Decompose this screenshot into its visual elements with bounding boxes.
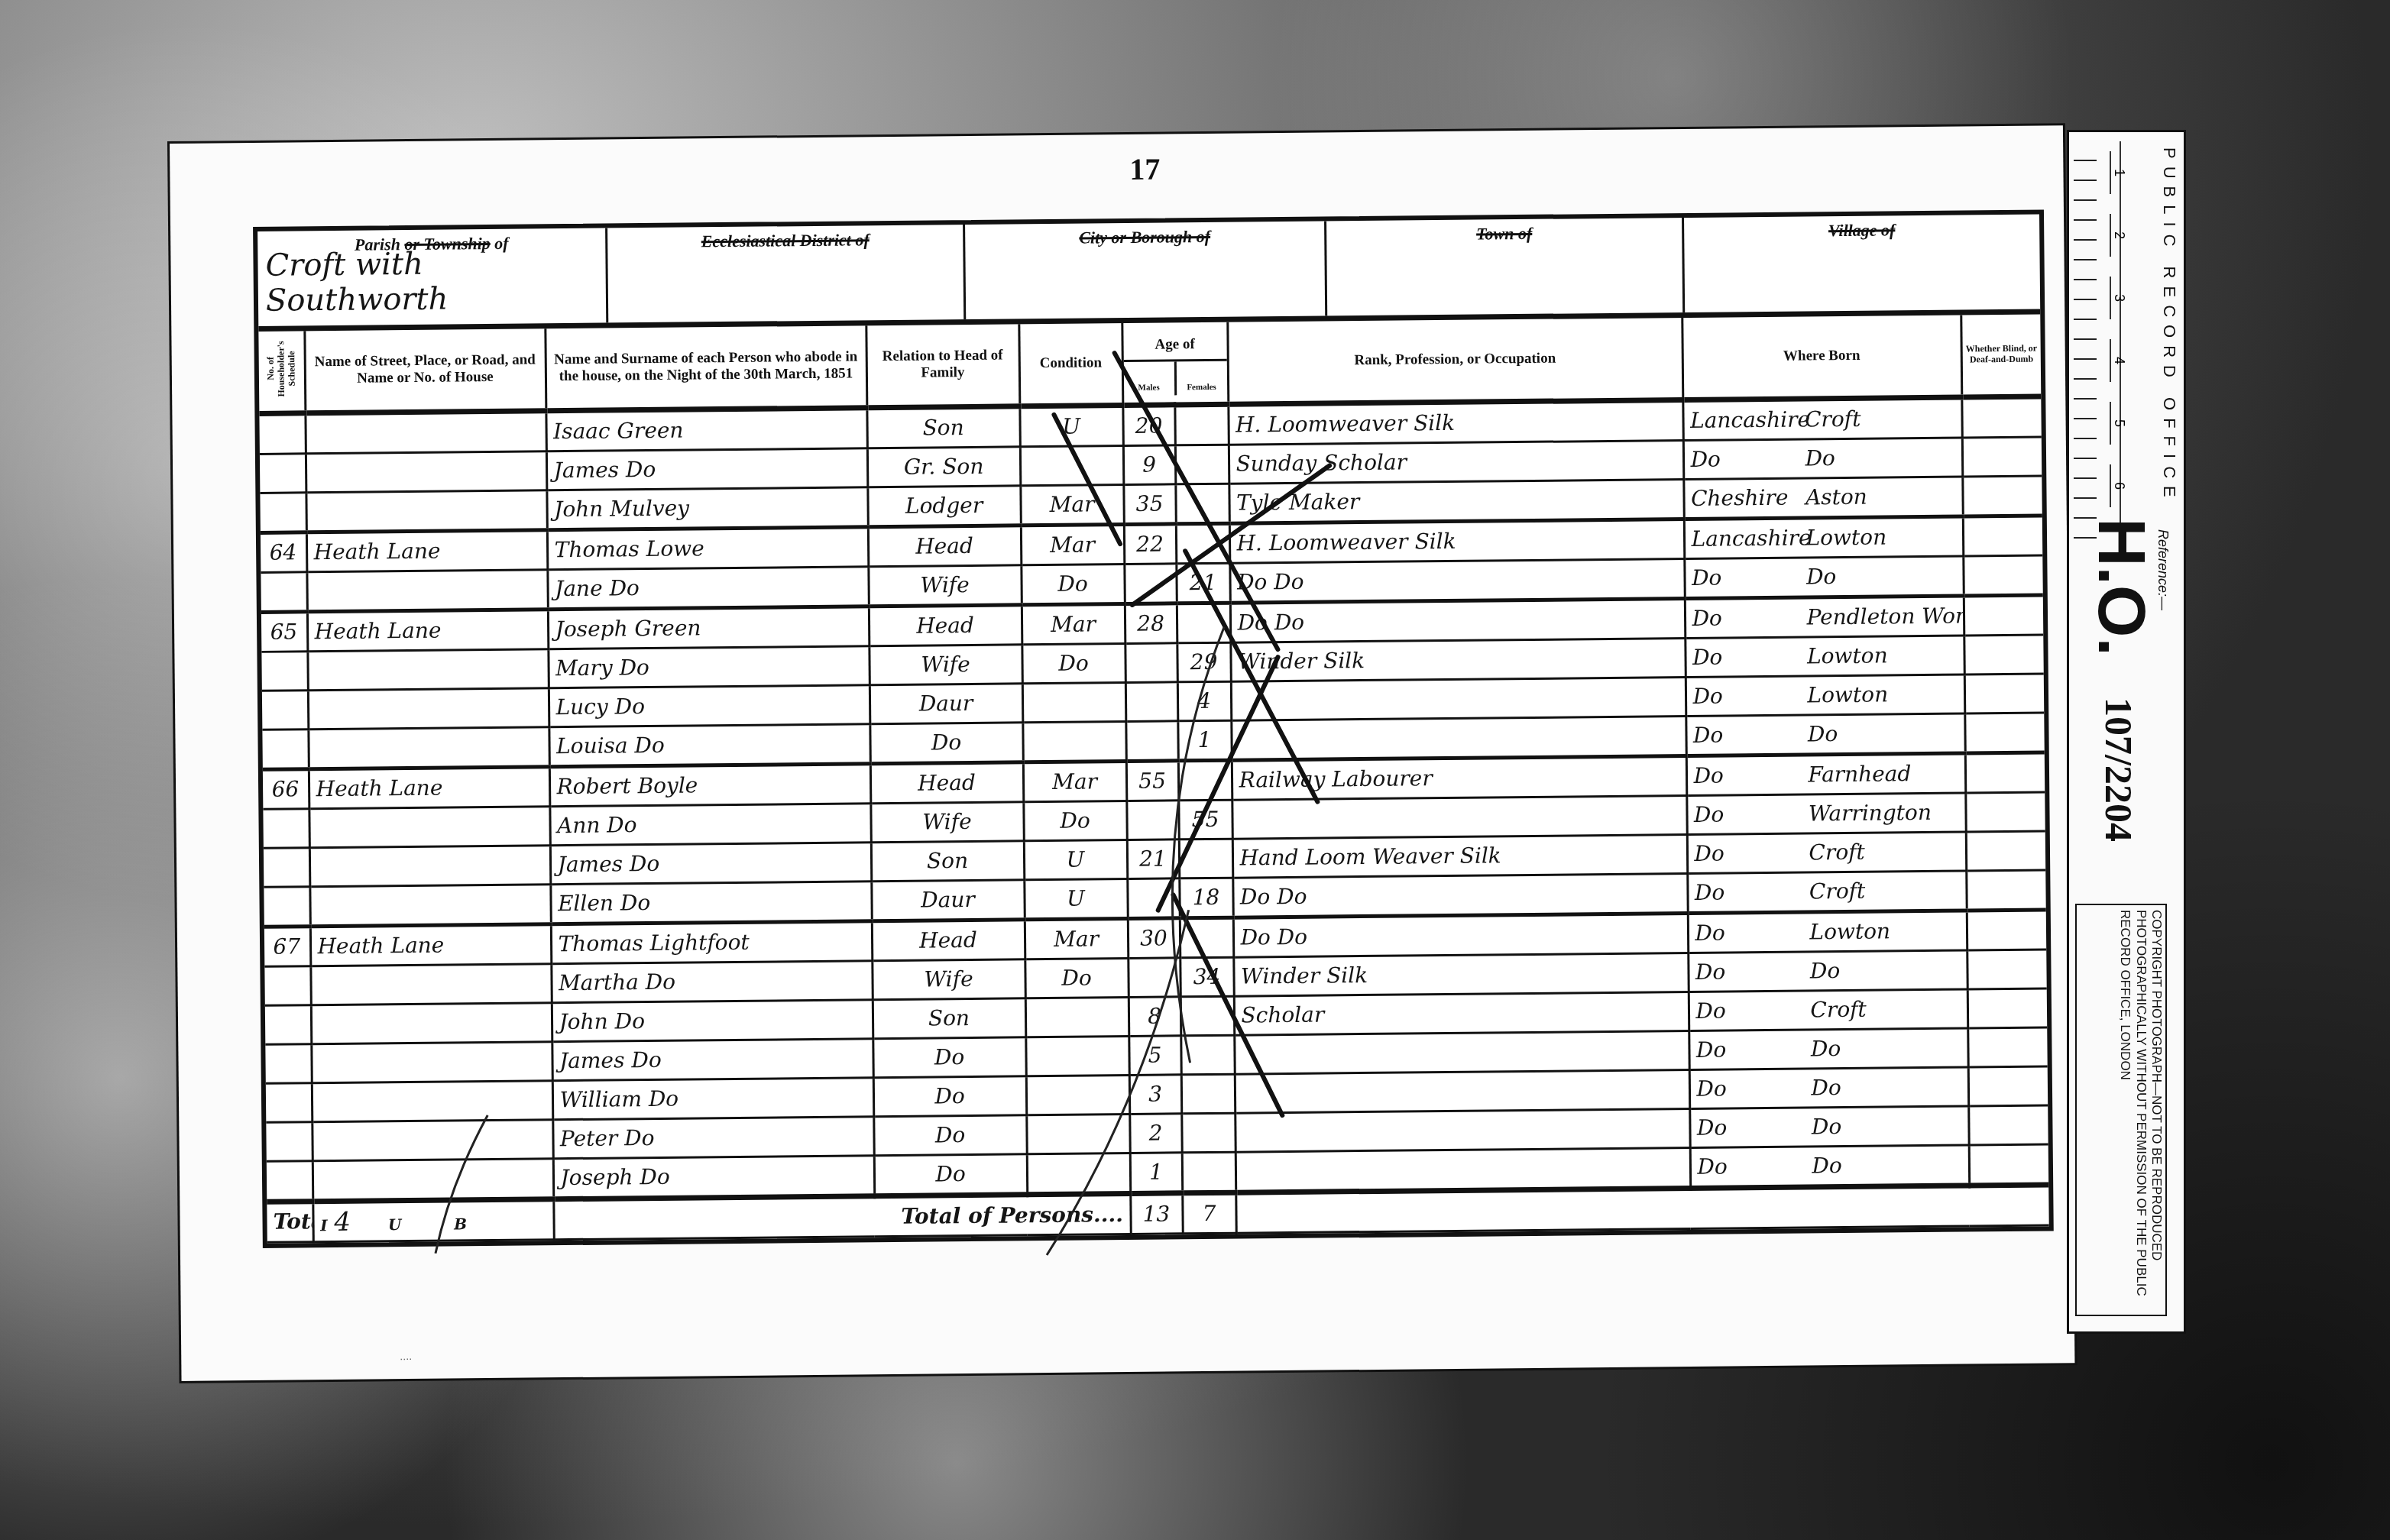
row-occupation [1235,1147,1690,1192]
ecclesiastical-label: Ecclesiastical District of [607,229,963,252]
row-occupation: Do Do [1232,873,1687,917]
row-name: Martha Do [551,961,872,1003]
row-where-born: DoDo [1686,713,1964,756]
row-schedule [263,809,309,849]
village-cell: Village of [1684,215,2040,312]
row-street [307,649,548,691]
row-where-born: DoCroft [1687,871,1966,914]
row-name: Ellen Do [550,882,871,924]
row-blind [1961,396,2042,438]
row-occupation: Do Do [1230,598,1685,642]
row-street: Heath Lane [309,767,549,809]
row-blind [1964,674,2044,713]
row-blind [1967,950,2046,989]
row-male-age: 30 [1128,918,1180,959]
row-male-age: 8 [1129,997,1180,1037]
row-schedule [262,691,308,730]
row-relation: Son [873,998,1025,1039]
row-where-born: CheshireAston [1683,477,1962,519]
parish-cell: Parish or Township of Croft with Southwo… [257,228,608,326]
row-name: James Do [550,843,871,885]
row-condition: U [1024,878,1127,919]
row-name: Jane Do [547,567,868,610]
row-street [312,1120,552,1161]
row-female-age: 21 [1176,563,1229,603]
row-relation: Gr. Son [867,447,1020,487]
copyright-notice: COPYRIGHT PHOTOGRAPH—NOT TO BE REPRODUCE… [2075,904,2167,1316]
row-condition: Mar [1022,603,1125,644]
row-relation: Do [874,1154,1027,1196]
row-condition: U [1024,840,1127,879]
totals-blank [1235,1185,2048,1233]
col-relation: Relation to Head of Family [866,324,1019,407]
row-male-age: 21 [1127,840,1179,879]
town-label: Town of [1326,222,1682,245]
row-name: Ann Do [549,804,870,846]
row-blind [1968,1105,2048,1145]
row-relation: Son [871,841,1024,882]
row-relation: Wife [868,565,1021,607]
row-where-born: LancashireLowton [1684,516,1963,559]
row-male-age [1124,564,1176,604]
row-blind [1966,870,2045,911]
row-name: Joseph Do [553,1156,874,1199]
page-number: 17 [1129,151,1160,187]
town-cell: Town of [1326,218,1685,315]
row-where-born: DoDo [1689,1106,1968,1148]
row-schedule [264,966,310,1006]
row-blind [1966,831,2045,871]
row-condition: Do [1025,958,1128,998]
row-relation: Head [872,920,1025,961]
row-name: Lucy Do [549,685,870,727]
row-female-age: 1 [1177,720,1231,761]
col-occupation: Rank, Profession, or Occupation [1227,318,1682,404]
row-condition: Do [1021,564,1124,604]
row-occupation: Do Do [1233,913,1688,957]
row-male-age: 3 [1129,1075,1181,1115]
row-female-age [1181,1074,1235,1114]
row-blind [1969,1144,2049,1186]
row-relation: Head [870,762,1023,804]
row-name: Joseph Green [548,607,869,649]
row-occupation: H. Loomweaver Silk [1228,400,1682,445]
row-street [308,727,549,769]
row-where-born: DoPendleton Worth [1685,596,1964,639]
row-schedule [262,730,308,770]
row-name: James Do [546,448,867,490]
row-where-born: DoCroft [1687,832,1966,874]
col-schedule: No. of Householder's Schedule [258,331,305,413]
city-cell: City or Borough of [965,221,1327,319]
row-street: Heath Lane [306,530,547,572]
row-schedule: 64 [261,532,306,573]
row-schedule: 66 [263,769,309,810]
row-where-born: DoDo [1683,438,1962,480]
row-name: Robert Boyle [549,764,870,807]
col-females: Females [1176,361,1226,396]
row-street [311,1042,552,1083]
row-male-age [1128,958,1180,998]
row-name: John Mulvey [546,487,867,530]
row-female-age [1180,917,1233,958]
record-office-label: PUBLIC RECORD OFFICE [2159,147,2179,505]
row-blind [1967,1027,2047,1067]
series-code: H.O. [2083,518,2161,656]
row-male-age: 22 [1124,524,1176,565]
row-name: Mary Do [548,646,869,688]
film-frame-stamp: ‥‥ [400,1351,412,1363]
row-female-age [1175,484,1229,524]
row-relation: Daur [871,880,1024,921]
row-name: Louisa Do [549,724,870,767]
row-street [312,1081,552,1122]
row-blind [1965,752,2045,793]
row-name: Peter Do [552,1117,873,1159]
row-condition [1020,445,1123,485]
row-relation: Do [873,1076,1026,1117]
row-occupation: Sunday Scholar [1229,440,1683,484]
col-age: Age of MalesFemales [1122,322,1228,406]
row-blind [1968,1066,2048,1106]
census-form: Parish or Township of Croft with Southwo… [253,209,2054,1247]
row-condition [1022,682,1125,722]
row-blind [1964,595,2043,636]
row-male-age [1127,878,1179,919]
row-condition: Do [1022,643,1125,683]
row-relation: Head [869,605,1022,646]
col-blind: Whether Blind, or Deaf-and-Dumb [1961,315,2041,397]
archive-reference-strip: 1 2 3 4 5 6 PUBLIC RECORD OFFICE H.O. Re… [2067,130,2186,1334]
row-occupation [1235,1069,1689,1113]
row-female-age: 29 [1177,642,1230,682]
col-males: Males [1123,362,1176,396]
row-occupation: Hand Loom Weaver Silk [1232,834,1687,878]
row-male-age: 35 [1123,484,1175,525]
row-relation: Do [873,1037,1025,1078]
row-where-born: DoDo [1690,1145,1969,1189]
ecclesiastical-cell: Ecclesiastical District of [607,225,966,322]
row-blind [1963,516,2042,556]
row-schedule [260,454,306,493]
row-relation: Wife [872,959,1025,1000]
row-female-age [1178,760,1232,801]
row-street [309,807,549,848]
row-male-age: 2 [1129,1114,1181,1153]
row-female-age: 55 [1178,800,1232,840]
row-male-age: 9 [1123,445,1175,485]
city-label: City or Borough of [965,225,1324,249]
row-condition: Mar [1025,918,1128,959]
row-male-age [1125,682,1177,722]
total-houses-values: I 4 U B [313,1199,553,1242]
row-condition: Mar [1021,524,1124,565]
census-table: No. of Householder's Schedule Name of St… [258,315,2048,1244]
row-schedule [265,1005,311,1045]
row-occupation [1231,677,1686,720]
total-houses-label: Total of Houses [267,1202,313,1243]
row-schedule [264,887,309,927]
row-blind [1967,988,2047,1028]
col-condition: Condition [1019,323,1122,406]
row-street [313,1159,553,1202]
row-condition: Mar [1020,484,1123,525]
row-blind [1962,437,2042,477]
row-occupation [1234,1030,1689,1074]
row-female-age [1180,1035,1234,1075]
row-schedule [265,1044,311,1084]
row-blind [1964,713,2044,753]
row-male-age [1125,721,1177,762]
row-street [311,1003,552,1044]
row-female-age: 34 [1180,957,1233,997]
row-female-age [1177,603,1230,643]
total-persons-label: Total of Persons.... [553,1193,1130,1239]
row-schedule [259,413,306,455]
row-relation: Do [870,723,1022,764]
row-street [306,490,546,532]
row-male-age: 28 [1125,603,1177,644]
row-condition: U [1019,405,1123,446]
row-where-born: DoLowton [1688,911,1967,953]
row-condition [1025,1036,1129,1076]
row-female-age [1175,445,1229,484]
row-female-age [1180,996,1234,1036]
row-relation: Head [868,526,1021,567]
row-occupation: Winder Silk [1230,638,1685,681]
ruler-numbers: 1 2 3 4 5 6 [2120,141,2162,554]
row-schedule [261,572,306,613]
row-where-born: DoDo [1684,556,1963,599]
row-female-age [1179,839,1232,878]
row-street [308,688,549,730]
row-where-born: DoWarrington [1686,793,1965,835]
row-occupation: Tyle Maker [1229,479,1683,523]
row-where-born: DoDo [1689,1067,1968,1109]
row-male-age: 5 [1129,1036,1180,1076]
row-occupation: Do Do [1229,558,1684,603]
row-schedule [264,848,309,888]
row-schedule [267,1161,313,1202]
row-occupation: Winder Silk [1233,953,1688,996]
row-condition [1027,1153,1131,1194]
row-street [305,411,546,454]
row-relation: Do [873,1115,1026,1156]
row-female-age: 4 [1177,681,1231,721]
row-male-age [1125,643,1177,683]
parish-value: Croft with Southworth [265,245,606,319]
row-name: James Do [552,1039,873,1081]
row-street [309,885,550,927]
reference-label: Reference:— [2155,529,2171,610]
row-where-born: DoFarnhead [1686,753,1965,796]
row-condition [1026,1114,1129,1153]
row-schedule [260,493,306,533]
row-street [310,964,551,1005]
row-male-age: 55 [1126,761,1178,801]
row-where-born: DoLowton [1685,636,1964,678]
row-condition [1025,997,1129,1037]
row-where-born: DoCroft [1689,989,1967,1031]
row-where-born: LancashireCroft [1682,397,1961,441]
inhabited-count: 4 [334,1207,351,1237]
census-rows: Isaac GreenSonU20H. Loomweaver SilkLanca… [259,396,2048,1202]
col-name: Name and Surname of each Person who abod… [545,325,866,410]
row-schedule [261,652,307,691]
row-name: William Do [552,1078,873,1120]
col-street: Name of Street, Place, or Road, and Name… [304,328,546,412]
row-occupation: Scholar [1234,992,1689,1035]
row-female-age [1174,404,1229,445]
row-where-born: DoDo [1688,950,1967,992]
census-sheet: 17 Parish or Township of Croft with Sout… [170,125,2074,1381]
row-female-age [1182,1152,1236,1193]
row-blind [1965,792,2045,832]
piece-number: 107/2204 [2097,697,2141,842]
row-condition: Do [1023,801,1126,840]
row-occupation [1231,716,1686,760]
row-blind [1963,555,2042,596]
row-occupation: H. Loomweaver Silk [1229,519,1684,563]
row-relation: Lodger [867,486,1020,527]
row-street [309,846,550,887]
row-name: Isaac Green [546,408,866,451]
row-occupation: Railway Labourer [1232,755,1686,800]
row-schedule [266,1122,312,1162]
row-name: John Do [552,1000,873,1042]
row-male-age: 20 [1122,405,1175,446]
row-occupation [1235,1108,1689,1152]
row-female-age [1176,523,1229,564]
row-name: Thomas Lowe [547,527,868,570]
row-name: Thomas Lightfoot [551,921,872,964]
row-male-age: 1 [1130,1153,1183,1194]
total-females: 7 [1182,1192,1236,1234]
row-blind [1962,476,2042,516]
row-female-age [1181,1113,1235,1153]
row-street: Heath Lane [310,924,551,966]
row-condition: Mar [1023,761,1126,801]
col-where-born: Where Born [1682,315,1961,400]
row-where-born: DoDo [1689,1028,1967,1070]
row-relation: Son [866,406,1019,448]
row-female-age: 18 [1179,878,1232,918]
row-where-born: DoLowton [1686,675,1964,717]
village-label: Village of [1684,219,2039,242]
row-condition [1022,721,1125,762]
row-schedule [266,1083,312,1123]
row-street: Heath Lane [307,610,548,652]
row-relation: Wife [870,802,1023,843]
total-males: 13 [1130,1193,1183,1234]
row-male-age [1126,801,1178,840]
row-relation: Wife [869,645,1022,685]
row-schedule: 65 [261,612,307,652]
row-street [306,451,546,493]
row-relation: Daur [870,684,1022,724]
location-header: Parish or Township of Croft with Southwo… [257,215,2040,332]
row-schedule: 67 [264,927,310,967]
row-condition [1026,1075,1129,1115]
row-blind [1967,910,2046,950]
row-street [306,570,547,612]
row-blind [1964,635,2043,675]
row-occupation [1232,795,1686,839]
